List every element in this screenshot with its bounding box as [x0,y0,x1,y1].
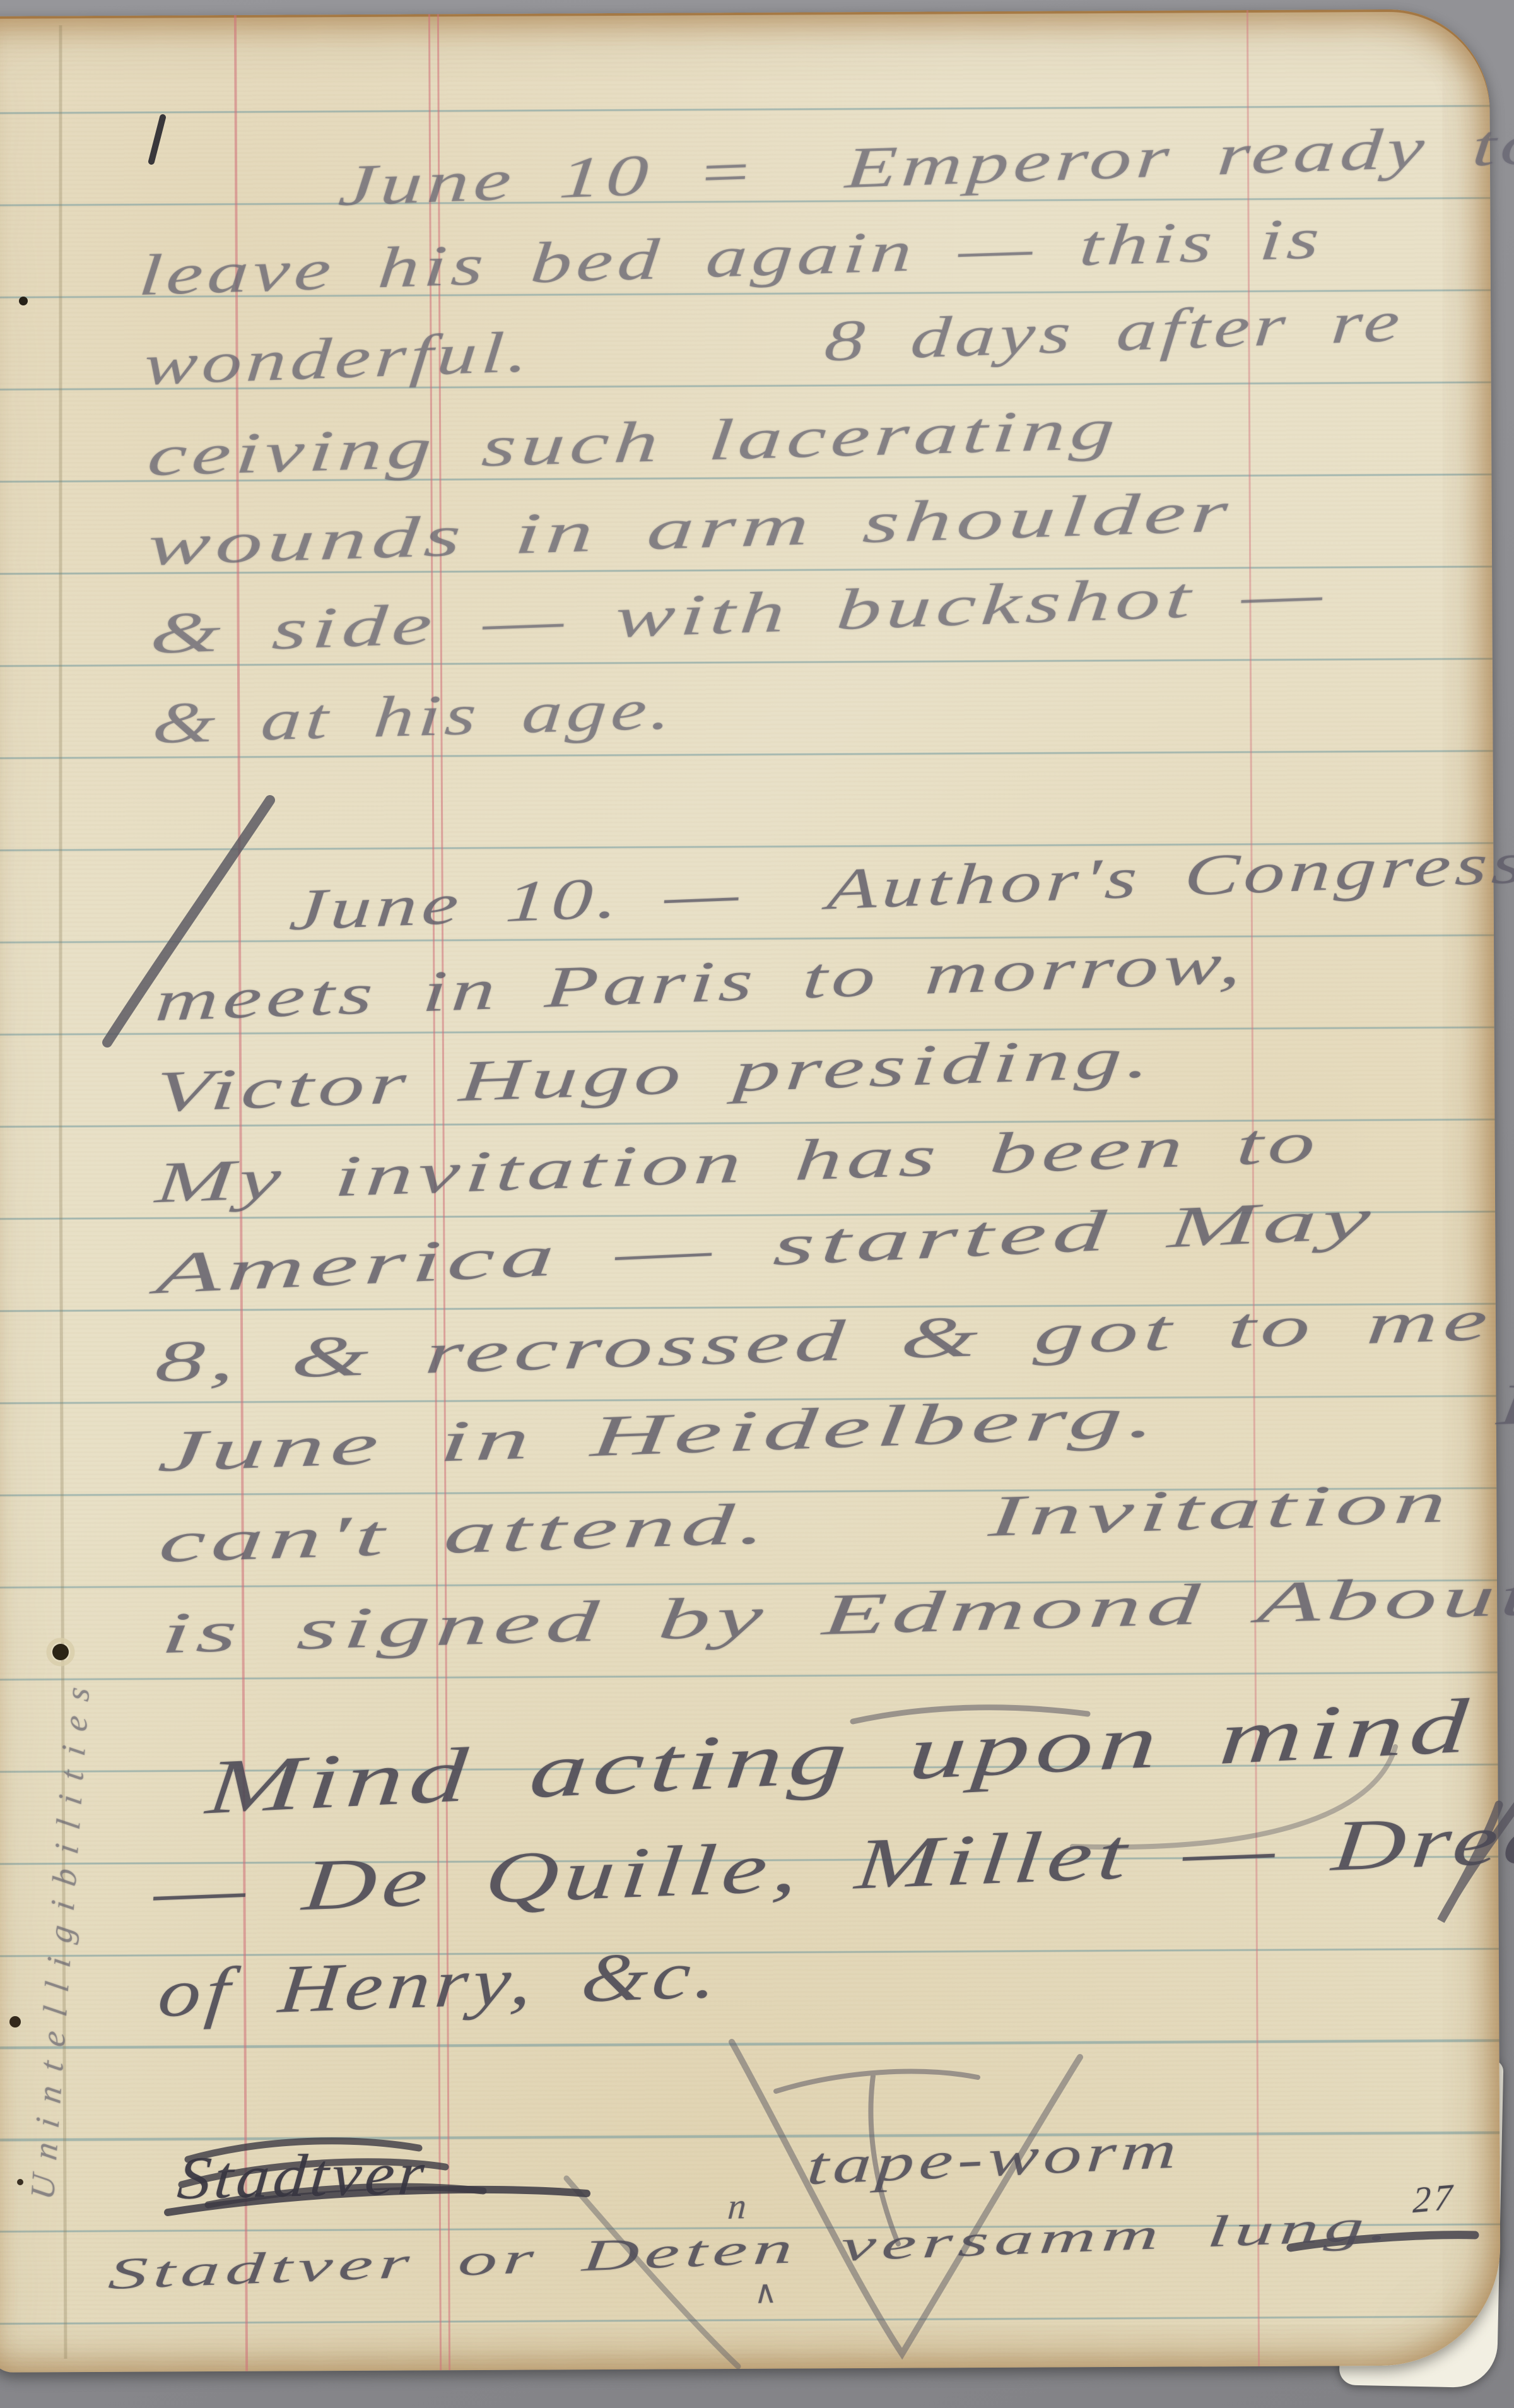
handwriting-line: & at his age. [151,680,678,752]
margin-rule-red-right [1247,10,1260,2366]
page-number: 27 [1412,2178,1456,2219]
inserted-letter: n [727,2188,751,2225]
struck-out-word: Stadtver [175,2143,430,2209]
scanned-notebook-scene: June 10 = Emperor ready to leave his bed… [0,0,1514,2408]
insertion-caret: ∧ [753,2276,780,2308]
